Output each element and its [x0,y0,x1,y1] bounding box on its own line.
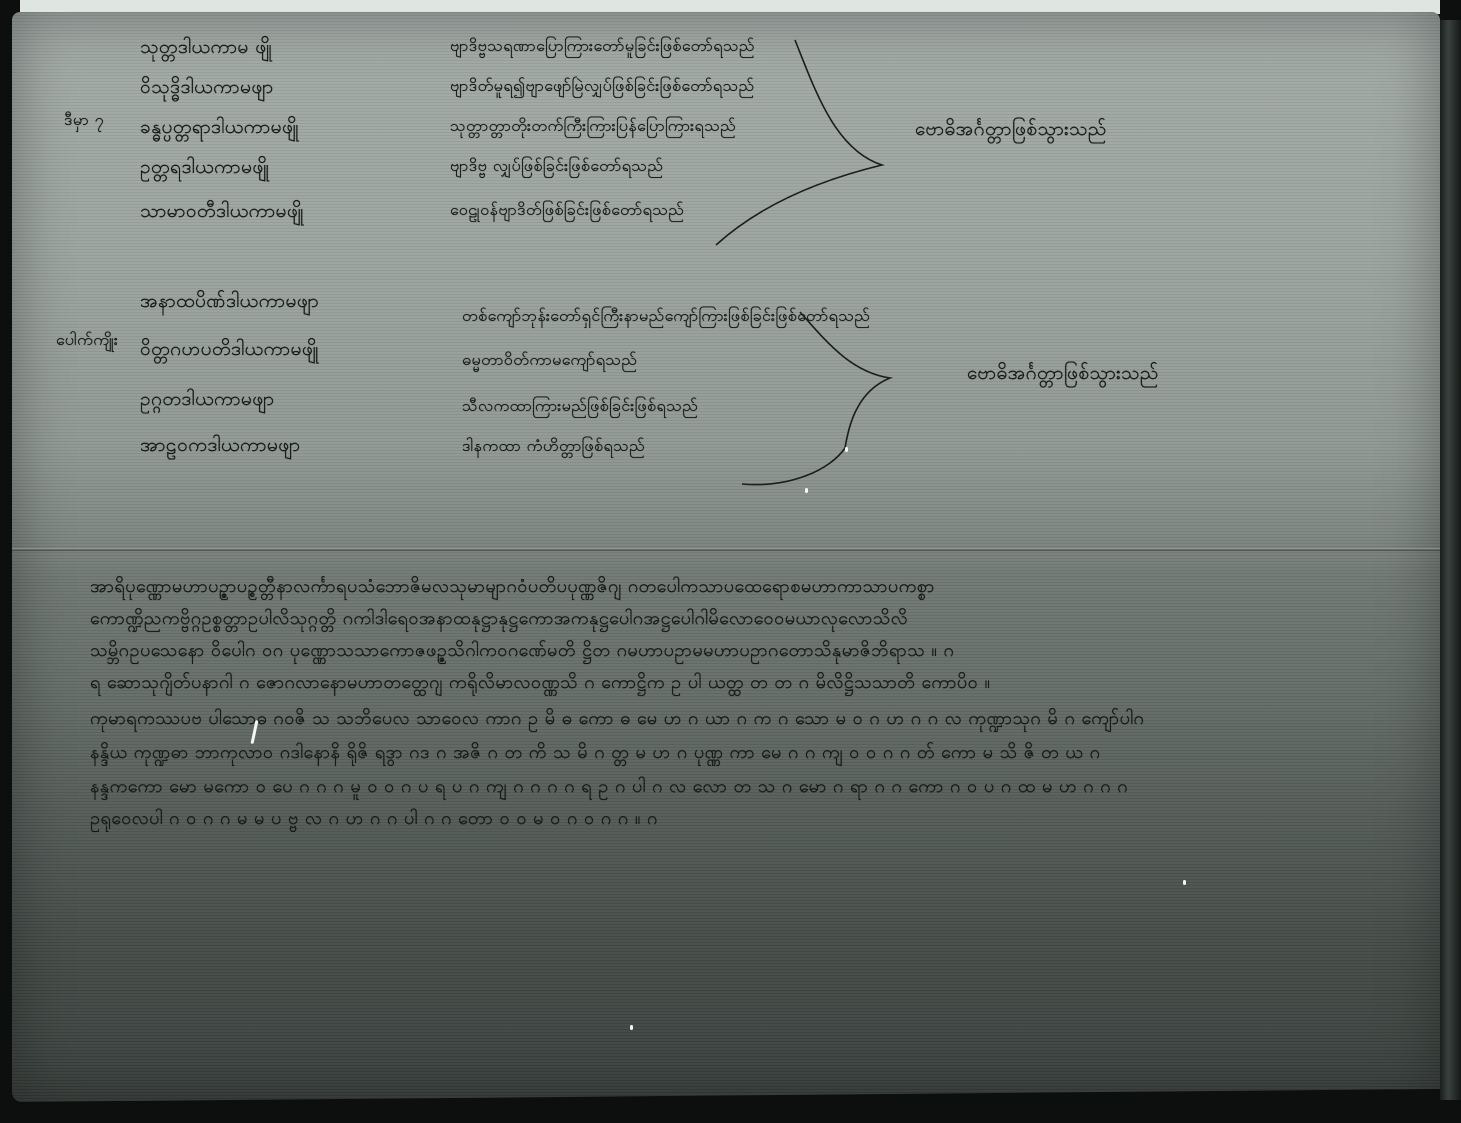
dust-speck [805,488,808,493]
middle-line: ဓမ္မတာဝိတ်ကာမကျော်ရသည် [462,352,637,368]
left-label: သာမာဝတီဒါယကာမဖျို [140,202,304,221]
left-label: ဥဂ္ဂတဒါယကာမဖျာ [140,390,274,409]
body-line: ကောဏ္ဍိညကဗ္ဗိဂ္ဂဥစ္စတ္တာဥပါလိသုဂ္ဂတ္တိ ဂ… [90,610,908,628]
right-note: ဗောဓိအင်္ဂတ္တာဖြစ်သွားသည် [967,364,1159,383]
margin-note: ဒီမှာ ၇ [64,112,104,128]
dust-speck [1183,880,1186,885]
left-label: ခန္ဓပ္ပတ္တရာဒါယကာမဖျို [140,118,299,137]
left-label: ဥတ္တရဒါယကာမဖျို [140,158,269,177]
manuscript-page: ဒီမှာ ၇ သုတ္တဒါယကာမ ဖျို ဝိသုဒ္ဓိဒါယကာမဖ… [12,12,1440,1102]
middle-line: ဒါနကထာ ကံဟိတ္တာဖြစ်ရသည် [462,438,645,454]
left-label: ဝိတ္တဂဟပတိဒါယကာမဖျို [140,340,319,359]
dust-speck [845,447,848,452]
body-line: သမ္ဘိဂဥပသေနော ဝိပေါဂ ဝဂ ပုဏ္ဏောသသာကောဇဖဥ… [90,642,954,660]
page-right-edge [1440,20,1461,1100]
body-line: ကုမာရကဿပဗ ပါသောဓ ဂဝဇိ သ သဘိပေလ သာဝေလ ကာဂ… [90,710,1144,728]
fold-line [12,548,1440,551]
right-note: ဗောဓိအင်္ဂတ္တာဖြစ်သွားသည် [915,120,1107,139]
left-label: ဝိသုဒ္ဓိဒါယကာမဖျာ [140,78,274,97]
body-line: အာရိပုဏ္ဏောမဟာပဉ္ဇာပဉ္စတ္တီနာလင်္ကာရပသံဘ… [90,578,935,596]
middle-line: ဝေဠုဝန်ဗျာဒိတ်ဖြစ်ခြင်းဖြစ်တော်ရသည် [450,202,684,218]
left-label: အာဠဝကဒါယကာမဖျာ [140,436,300,455]
body-line: နန္ဒကကော မော မကော ဝ ပေ ဂ ဂ ဂ မူ ဝ ဝ ဂ ပ … [90,778,1128,796]
body-line: ရ ဆောသုဂျိတ်ပနာဂါ ဂ ဇောဂလာနောမဟာတတ္ထေဂျ … [90,674,990,692]
left-label: အနာထပိဏ်ဒါယကာမဖျာ [140,292,319,311]
body-line: နန္ဒိယ ကုဏ္ဍဓာ ဘာကုလာဝ ဂဒါနောနိ ရိုဇိ ရဒ… [90,744,1100,762]
page-top-edge [20,0,1440,14]
middle-line: ဗျာဒိတ်မူရ၍ဗျာဖျော်မြဲလျှပ်ဖြစ်ခြင်းဖြစ်… [450,78,755,94]
left-label: သုတ္တဒါယကာမ ဖျို [140,38,272,57]
middle-line: သီလကထာကြားမည်ဖြစ်ခြင်းဖြစ်ရသည် [462,398,698,414]
middle-line: သုတ္တာတ္တာတိုးတက်ကြီးကြားပြန်ပြောကြားရသည… [450,118,736,134]
middle-line: တစ်ကျော်ဘုန်းတော်ရှင်ကြီးနာမည်ကျော်ကြားဖ… [462,308,870,324]
middle-line: ဗျာဒိဗ္ဗ လျှပ်ဖြစ်ခြင်းဖြစ်တော်ရသည် [450,158,663,174]
body-line: ဥရုဝေလပါ ဂ ဝ ဂ ဂ မ မ ပ ဗ္ဗ လ ဂ ဟ ဂ ဂ ပါ … [90,810,658,828]
margin-note: ပေါက်ကျိုး [56,332,118,348]
dust-speck [630,1025,633,1030]
middle-line: ဗျာဒိဗ္ဗသရဏာပြောကြားတော်မူခြင်းဖြစ်တော်ရ… [450,38,755,54]
